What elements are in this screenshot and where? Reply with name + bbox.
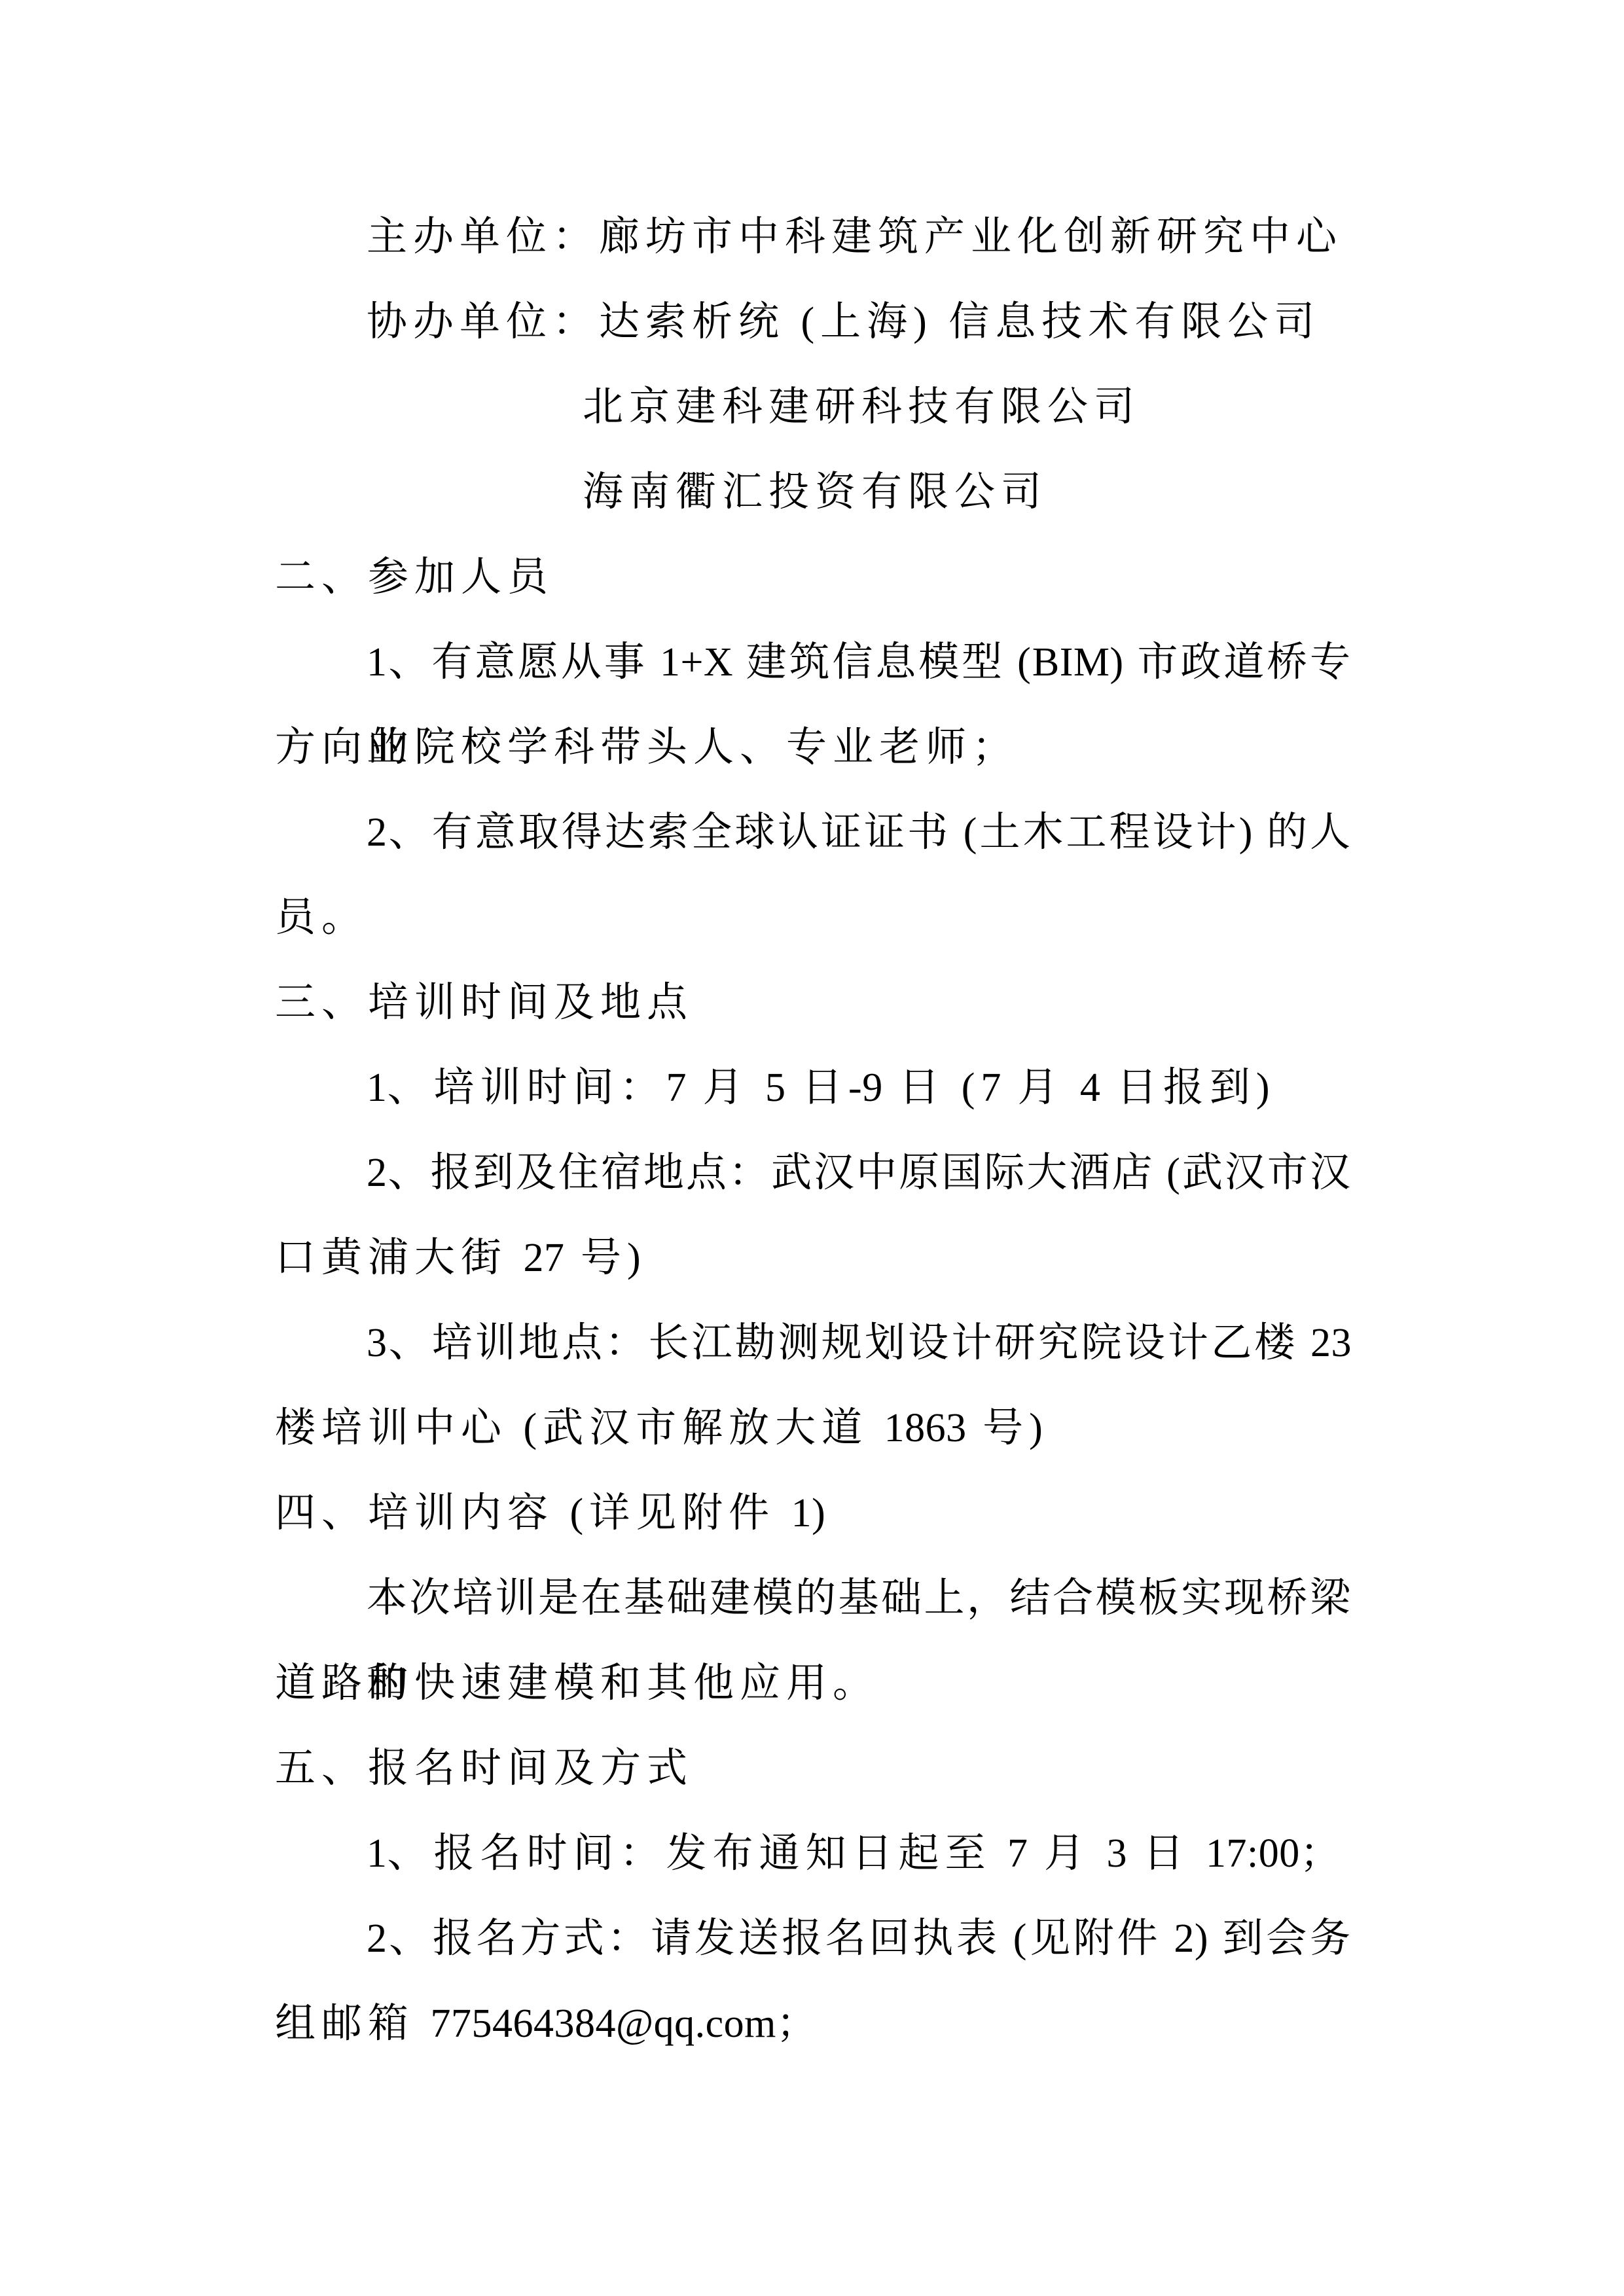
text-segment: 5 <box>765 1066 786 1110</box>
registration-method-line-1: 2、报名方式：请发送报名回执表 (见附件 2) 到会务 <box>275 1896 1352 1981</box>
text-segment: 1+X <box>660 640 733 685</box>
training-location-line-1: 3、培训地点：长江勘测规划设计研究院设计乙楼 23 <box>275 1300 1352 1386</box>
checkin-location-line-1: 2、报到及住宿地点：武汉中原国际大酒店 (武汉市汉 <box>275 1130 1352 1215</box>
text-segment: 775464384@qq.com <box>431 2001 776 2046</box>
text-segment: 23 <box>1310 1321 1352 1365</box>
text-segment: 、有意愿从事 <box>388 640 660 685</box>
text-segment: 月 <box>1001 1066 1080 1110</box>
text-segment: 三、培训时间及地点 <box>275 980 693 1025</box>
text-segment: 五、报名时间及方式 <box>275 1746 693 1791</box>
text-segment: 1 <box>367 1066 388 1110</box>
training-content-line-2: 道路的快速建模和其他应用。 <box>275 1641 1352 1726</box>
participants-item-1-line-1: 1、有意愿从事 1+X 建筑信息模型 (BIM) 市政道桥专业 <box>275 620 1352 705</box>
co-organizer-line-2: 北京建科建研科技有限公司 <box>275 365 1352 450</box>
text-segment: 号) <box>967 1406 1049 1450</box>
text-segment: 组邮箱 <box>275 2001 431 2046</box>
training-content-line-1: 本次培训是在基础建模的基础上，结合模板实现桥梁和 <box>275 1556 1352 1641</box>
document-page: 主办单位：廊坊市中科建筑产业化创新研究中心 协办单位：达索析统 (上海) 信息技… <box>0 0 1624 2296</box>
text-segment: -9 <box>848 1066 883 1110</box>
text-segment: 1 <box>367 1831 388 1876</box>
text-segment: 日 <box>1127 1831 1206 1876</box>
text-segment: 口黄浦大街 <box>275 1236 524 1280</box>
text-segment: 二、参加人员 <box>275 555 554 600</box>
text-segment: 道路的快速建模和其他应用。 <box>275 1661 879 1706</box>
text-segment: 、培训时间： <box>388 1066 666 1110</box>
participants-item-2-line-2: 员。 <box>275 875 1352 960</box>
participants-item-2-line-1: 2、有意取得达索全球认证证书 (土木工程设计) 的人 <box>275 790 1352 875</box>
registration-time-line: 1、报名时间：发布通知日起至 7 月 3 日 17:00； <box>275 1811 1352 1896</box>
text-segment: BIM <box>1032 640 1110 685</box>
text-segment: 海南衢汇投资有限公司 <box>583 470 1047 514</box>
text-segment: 7 <box>981 1066 1001 1110</box>
text-segment: 日 <box>786 1066 849 1110</box>
training-location-line-2: 楼培训中心 (武汉市解放大道 1863 号) <box>275 1386 1352 1471</box>
text-segment: 1 <box>367 640 388 685</box>
section-heading-training-time-location: 三、培训时间及地点 <box>275 960 1352 1045</box>
text-segment: 4 <box>1080 1066 1101 1110</box>
text-segment: 、报名方式：请发送报名回执表 (见附件 <box>388 1916 1174 1961</box>
text-segment: 方向的院校学科带头人、专业老师； <box>275 725 1019 770</box>
section-heading-training-content: 四、培训内容 (详见附件 1) <box>275 1471 1352 1556</box>
text-segment: 日 ( <box>883 1066 981 1110</box>
text-segment: 建筑信息模型 ( <box>733 640 1032 685</box>
text-segment: 2 <box>367 1151 388 1195</box>
text-segment: 27 <box>524 1236 565 1280</box>
text-segment: 3 <box>1107 1831 1128 1876</box>
text-segment: ) <box>812 1491 831 1535</box>
section-heading-registration: 五、报名时间及方式 <box>275 1726 1352 1811</box>
training-time-line: 1、培训时间：7 月 5 日-9 日 (7 月 4 日报到) <box>275 1045 1352 1130</box>
text-segment: 1863 <box>884 1406 967 1450</box>
co-organizer-line-3: 海南衢汇投资有限公司 <box>275 450 1352 535</box>
text-segment: 号) <box>565 1236 647 1280</box>
checkin-location-line-2: 口黄浦大街 27 号) <box>275 1215 1352 1300</box>
text-segment: 北京建科建研科技有限公司 <box>583 385 1140 429</box>
text-segment: ； <box>1300 1831 1346 1876</box>
text-segment: 主办单位：廊坊市中科建筑产业化创新研究中心 <box>367 215 1343 259</box>
text-segment: 月 <box>687 1066 765 1110</box>
text-segment: 2 <box>367 810 388 855</box>
text-segment: ； <box>776 2001 823 2046</box>
text-segment: 月 <box>1028 1831 1107 1876</box>
host-organizer-line: 主办单位：廊坊市中科建筑产业化创新研究中心 <box>275 194 1352 279</box>
document-body: 主办单位：廊坊市中科建筑产业化创新研究中心 协办单位：达索析统 (上海) 信息技… <box>275 194 1352 2066</box>
text-segment: 、报名时间：发布通知日起至 <box>388 1831 1008 1876</box>
registration-method-line-2: 组邮箱 775464384@qq.com； <box>275 1981 1352 2066</box>
text-segment: 17:00 <box>1206 1831 1300 1876</box>
text-segment: 、有意取得达索全球认证证书 (土木工程设计) 的人 <box>388 810 1352 855</box>
text-segment: 员。 <box>275 895 368 940</box>
text-segment: 协办单位：达索析统 (上海) 信息技术有限公司 <box>367 300 1320 344</box>
text-segment: 日报到) <box>1100 1066 1275 1110</box>
text-segment: 四、培训内容 (详见附件 <box>275 1491 791 1535</box>
co-organizer-line-1: 协办单位：达索析统 (上海) 信息技术有限公司 <box>275 279 1352 365</box>
text-segment: 3 <box>367 1321 388 1365</box>
text-segment: 2 <box>1174 1916 1195 1961</box>
text-segment: 、报到及住宿地点：武汉中原国际大酒店 (武汉市汉 <box>388 1151 1352 1195</box>
text-segment: 1 <box>791 1491 812 1535</box>
text-segment: 楼培训中心 (武汉市解放大道 <box>275 1406 884 1450</box>
text-segment: 7 <box>1007 1831 1028 1876</box>
participants-item-1-line-2: 方向的院校学科带头人、专业老师； <box>275 705 1352 790</box>
text-segment: 7 <box>666 1066 687 1110</box>
text-segment: 、培训地点：长江勘测规划设计研究院设计乙楼 <box>388 1321 1311 1365</box>
section-heading-participants: 二、参加人员 <box>275 535 1352 620</box>
text-segment: ) 到会务 <box>1195 1916 1352 1961</box>
text-segment: 2 <box>367 1916 388 1961</box>
